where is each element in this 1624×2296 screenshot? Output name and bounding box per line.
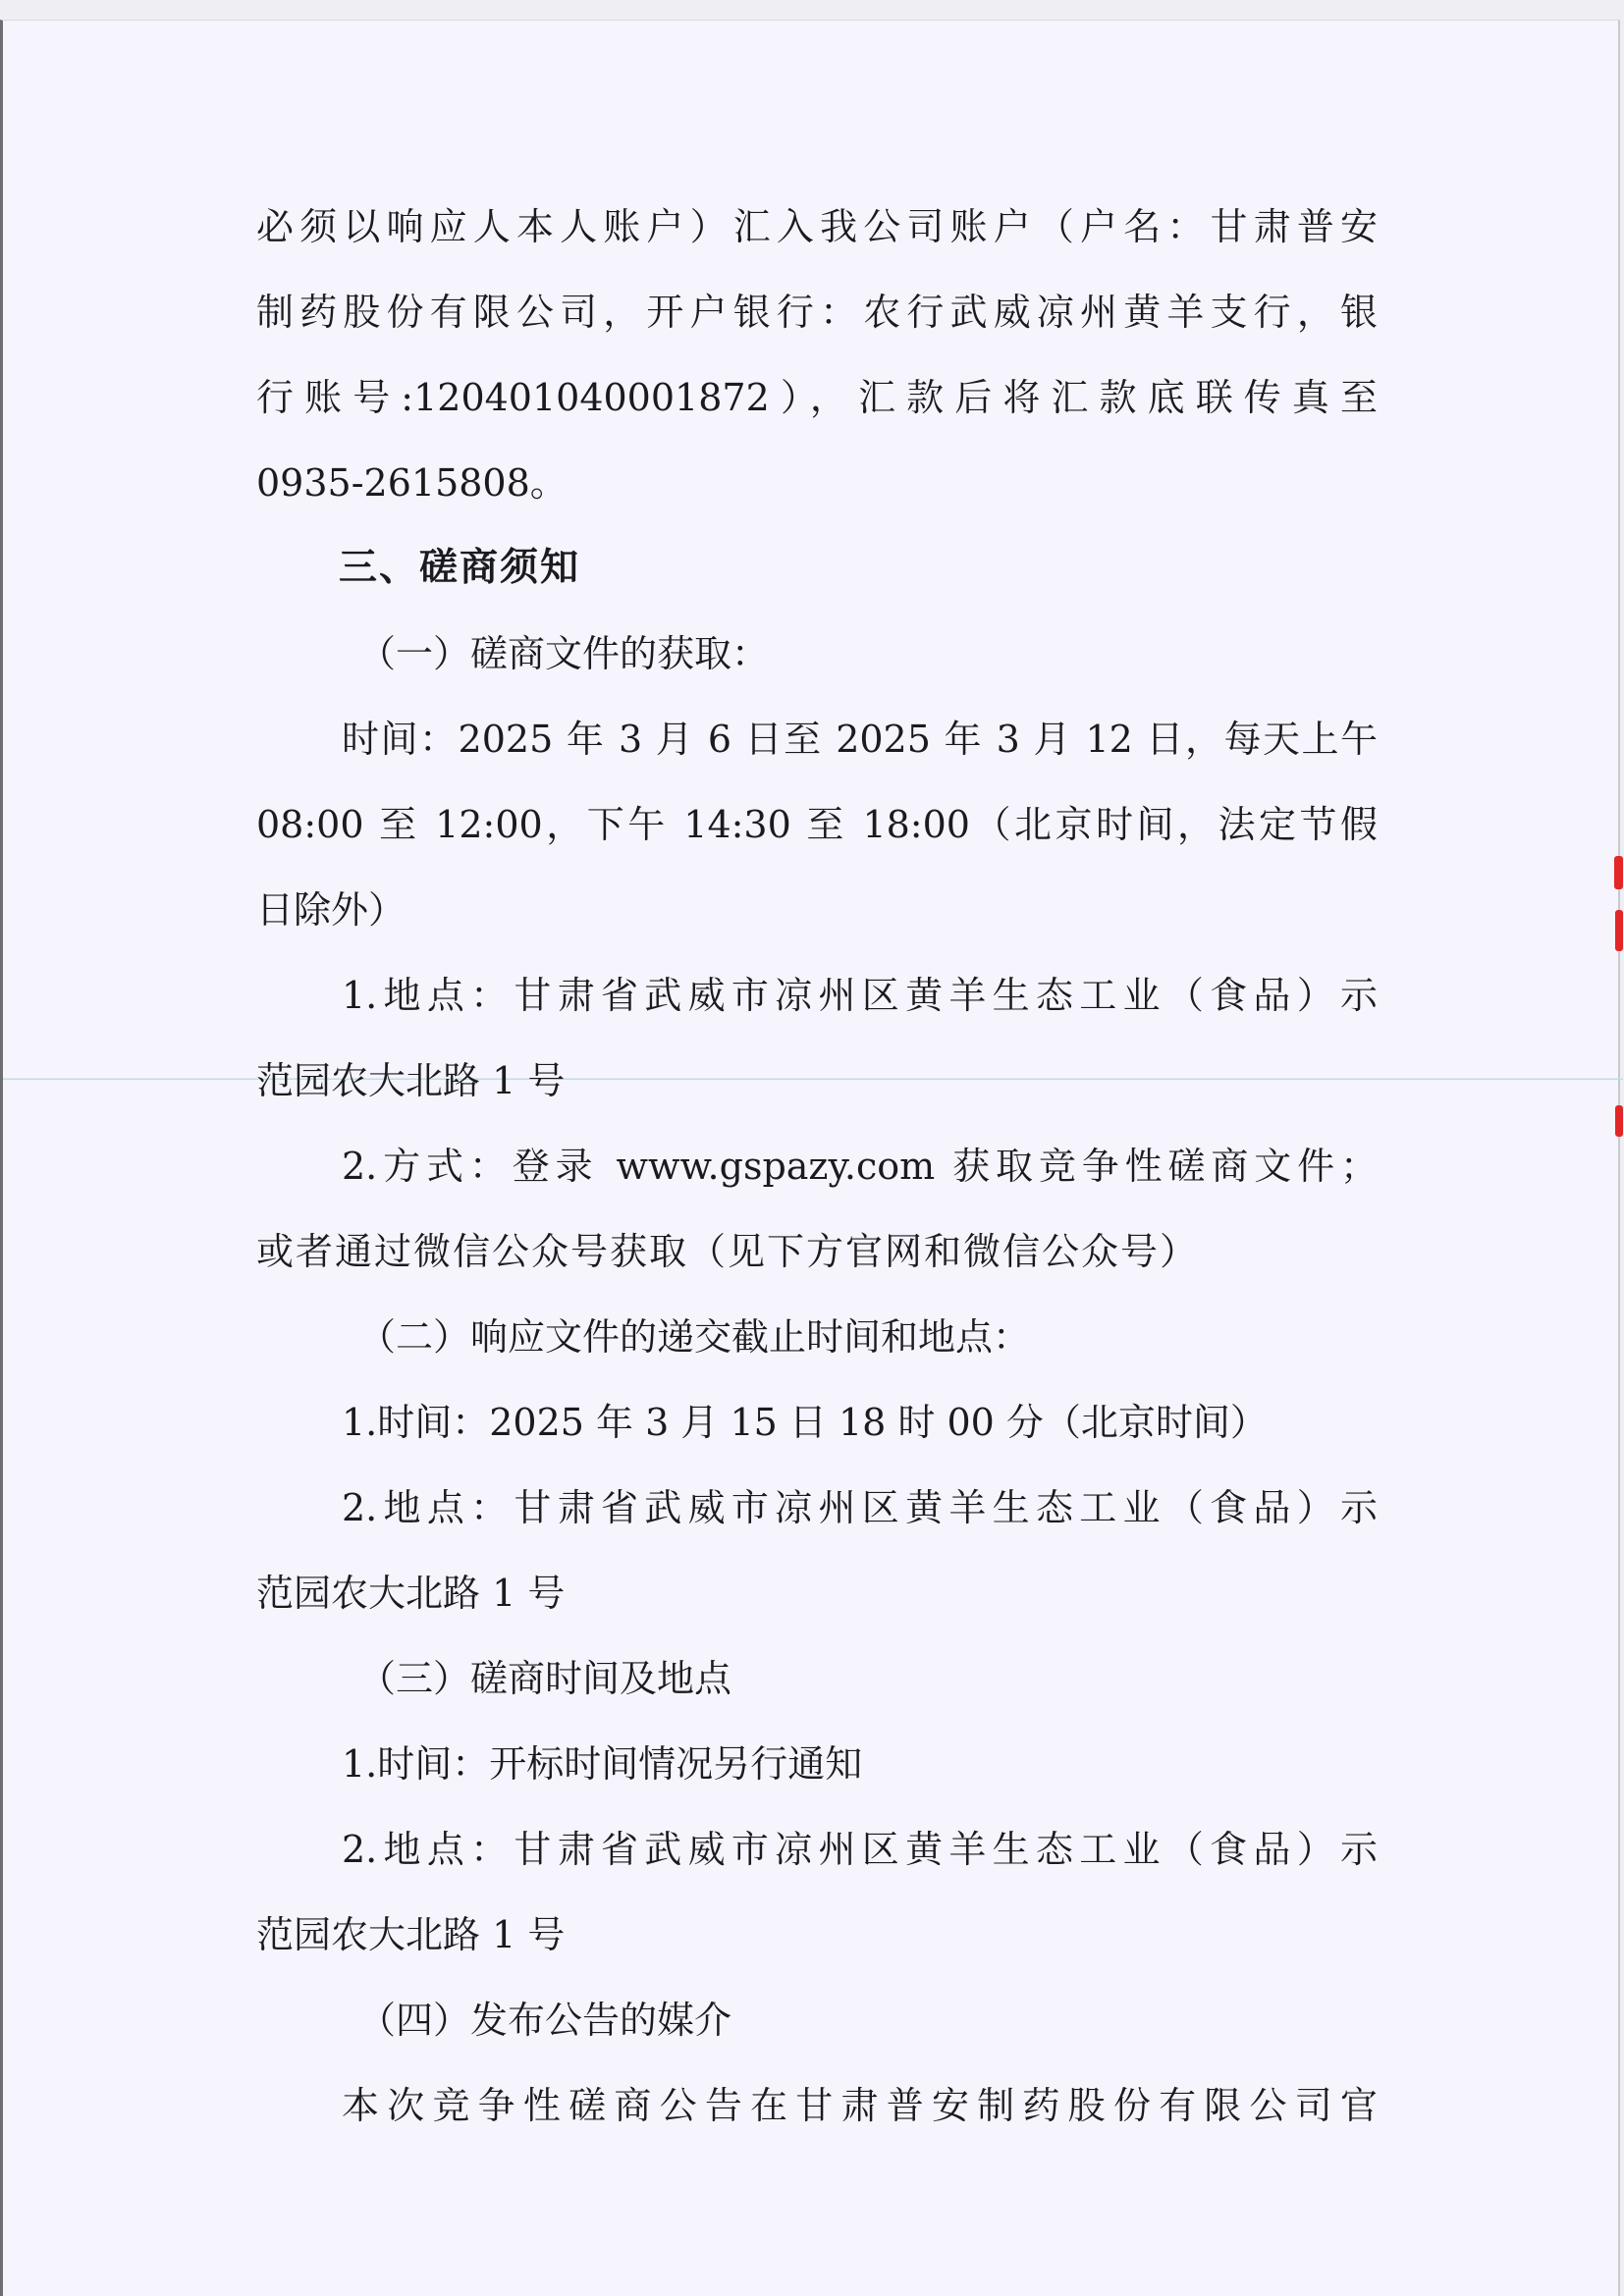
subheading-negotiation: （三）磋商时间及地点 [358, 1649, 1480, 1708]
text-line-13: 或者通过微信公众号获取（见下方官网和微信公众号） [256, 1222, 1378, 1281]
red-seal-fragment [1615, 1105, 1623, 1137]
subheading-media: （四）发布公告的媒介 [358, 1991, 1480, 2050]
red-seal-fragment [1615, 910, 1623, 951]
text-line-19: 1.时间：开标时间情况另行通知 [342, 1735, 1378, 1793]
red-seal-fragment [1614, 856, 1623, 889]
text-line-12-website: 2.方式：登录 www.gspazy.com 获取竞争性磋商文件； [342, 1137, 1378, 1196]
text-line-16: 2.地点：甘肃省武威市凉州区黄羊生态工业（食品）示 [342, 1478, 1378, 1537]
text-line-1: 必须以响应人本人账户）汇入我公司账户（户名：甘肃普安 [256, 197, 1378, 256]
text-line-15: 1.时间：2025 年 3 月 15 日 18 时 00 分（北京时间） [342, 1393, 1378, 1452]
subheading-submission: （二）响应文件的递交截止时间和地点： [358, 1308, 1480, 1366]
subheading-acquire-docs: （一）磋商文件的获取： [358, 624, 1480, 683]
text-line-9: 日除外） [256, 881, 1378, 939]
text-line-21: 范园农大北路 1 号 [256, 1905, 1378, 1964]
text-line-11: 范园农大北路 1 号 [256, 1051, 1378, 1110]
text-line-8: 08:00 至 12:00，下午 14:30 至 18:00（北京时间，法定节假 [256, 795, 1378, 854]
text-line-23: 本次竞争性磋商公告在甘肃普安制药股份有限公司官 [342, 2076, 1378, 2135]
text-line-2: 制药股份有限公司，开户银行：农行武威凉州黄羊支行，银 [256, 283, 1378, 342]
text-line-4: 0935-2615808。 [256, 454, 1378, 512]
text-line-10: 1.地点：甘肃省武威市凉州区黄羊生态工业（食品）示 [342, 966, 1378, 1025]
section-heading: 三、磋商须知 [339, 539, 1460, 598]
scanned-page: 必须以响应人本人账户）汇入我公司账户（户名：甘肃普安 制药股份有限公司，开户银行… [0, 20, 1620, 2296]
text-line-20: 2.地点：甘肃省武威市凉州区黄羊生态工业（食品）示 [342, 1820, 1378, 1879]
text-line-17: 范园农大北路 1 号 [256, 1564, 1378, 1623]
text-line-7: 时间：2025 年 3 月 6 日至 2025 年 3 月 12 日，每天上午 [342, 710, 1378, 769]
text-line-3: 行账号:120401040001872），汇款后将汇款底联传真至 [256, 368, 1378, 427]
